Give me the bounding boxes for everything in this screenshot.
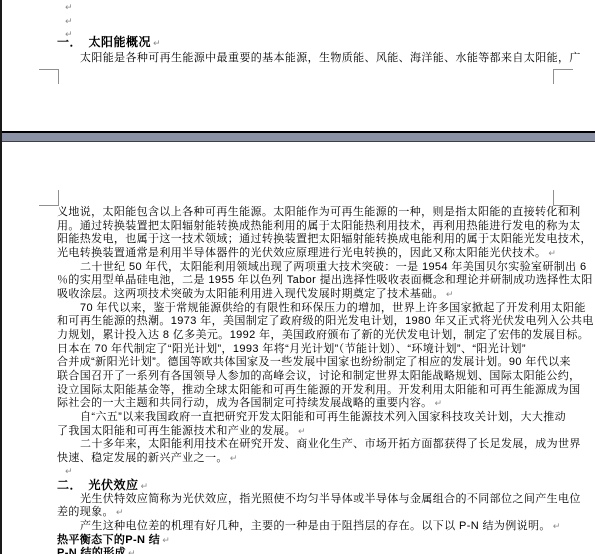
text-line: 差的现象。↵ (57, 506, 594, 520)
text-line-content: 合并成“新阳光计划”。德国等欧共体国家及一些发展中国家也纷纷制定了相应的发展计划… (57, 356, 571, 368)
empty-paragraph-line: ↵ (57, 15, 73, 29)
text-line: 热平衡态下的P-N 结↵ (57, 534, 594, 548)
paragraph-mark-icon: ↵ (65, 16, 73, 26)
text-line-content: 光电转换装置通常是利用半导体器件的光伏效应原理进行光电转换的，因此又称太阳能光伏… (57, 247, 546, 259)
page1-body-line: 太阳能是各种可再生能源中最重要的基本能源，生物质能、风能、海洋能、水能等都来自太… (57, 52, 581, 66)
text-line-content: 义地说，太阳能包含以上各种可再生能源。太阳能作为可再生能源的一种，则是指太阳能的… (57, 206, 580, 218)
text-line-content: 二． 光伏效应 (57, 478, 139, 492)
text-line: 用。通过转换装置把太阳辐射能转换成热能利用的属于太阳能热利用技术，再利用热能进行… (57, 220, 594, 234)
text-line-content: 70 年代以来，鉴于常规能源供给的有限性和环保压力的增加，世界上许多国家掀起了开… (80, 302, 586, 314)
text-line: ％的实用型单晶硅电池，二是 1955 年以色列 Tabor 提出选择性吸收表面概… (57, 274, 594, 288)
margin-corner-mark-bottom-right (553, 69, 573, 84)
text-line: 力规划，累计投入达 8 亿多美元。1992 年，美国政府颁布了新的光伏发电计划，… (57, 329, 594, 343)
text-line: 了我国太阳能和可再生能源技术和产业的发展。↵ (57, 425, 594, 439)
text-line: 义地说，太阳能包含以上各种可再生能源。太阳能作为可再生能源的一种，则是指太阳能的… (57, 206, 594, 220)
text-line: 联合国召开了一系列有各国领导人参加的高峰会议，讨论和制定世界太阳能战略规划、国际… (57, 370, 594, 384)
margin-corner-mark-top-left (39, 190, 59, 206)
paragraph-mark-icon: ↵ (65, 466, 73, 476)
word-print-layout-view: ↵ ↵ ↵ 一． 太阳能概况↵ 太阳能是各种可再生能源中最重要的基本能源，生物质… (0, 0, 595, 554)
text-line: 阳能热发电，也属于这一技术领域；通过转换装置把太阳辐射能转换成电能利用的属于太阳… (57, 233, 594, 247)
heading-1-text: 一． 太阳能概况 (57, 35, 151, 49)
text-line: 快速、稳定发展的新兴产业之一。↵ (57, 452, 594, 466)
text-line: 光生伏特效应简称为光伏效应，指光照使不均匀半导体或半导体与金属组合的不同部位之间… (57, 493, 594, 507)
text-line-content: P-N 结的形成 (57, 547, 126, 554)
text-line-content: 吸收涂层。这两项技术突破为太阳能利用进入现代发展时期奠定了技术基础。 (57, 288, 444, 300)
paragraph-mark-icon: ↵ (548, 248, 556, 258)
margin-corner-mark-top-right (553, 190, 573, 206)
text-line-content: 用。通过转换装置把太阳辐射能转换成热能利用的属于太阳能热利用技术，再利用热能进行… (57, 220, 580, 232)
text-line-content: 快速、稳定发展的新兴产业之一。 (57, 452, 228, 464)
paragraph-mark-icon: ↵ (116, 507, 124, 517)
text-line: 产生这种电位差的机理有好几种，主要的一种是由于阻挡层的存在。以下以 P-N 结为… (57, 520, 594, 534)
paragraph-mark-icon: ↵ (298, 426, 306, 436)
text-line-content: 二十世纪 50 年代，太阳能利用领域出现了两项重大技术突破：一是 1954 年美… (80, 261, 586, 273)
text-line-content: 热平衡态下的P-N 结 (57, 534, 160, 546)
text-line-content: 差的现象。 (57, 506, 114, 518)
body-line-text: 太阳能是各种可再生能源中最重要的基本能源，生物质能、风能、海洋能、水能等都来自太… (80, 52, 581, 64)
text-line: 吸收涂层。这两项技术突破为太阳能利用进入现代发展时期奠定了技术基础。↵ (57, 288, 594, 302)
paragraph-mark-icon: ↵ (435, 398, 443, 408)
paragraph-mark-icon: ↵ (230, 453, 238, 463)
text-line-content: 二十多年来，太阳能利用技术在研究开发、商业化生产、市场开拓方面都获得了长足发展，… (80, 438, 581, 450)
margin-corner-mark-bottom-left (39, 69, 59, 84)
text-line: 合并成“新阳光计划”。德国等欧共体国家及一些发展中国家也纷纷制定了相应的发展计划… (57, 356, 594, 370)
text-line-content: 和可再生能源的热潮。1973 年，美国制定了政府级的阳光发电计划，1980 年又… (57, 315, 594, 327)
text-line: 70 年代以来，鉴于常规能源供给的有限性和环保压力的增加，世界上许多国家掀起了开… (57, 302, 594, 316)
text-line: 二十多年来，太阳能利用技术在研究开发、商业化生产、市场开拓方面都获得了长足发展，… (57, 438, 594, 452)
text-line-content: ％的实用型单晶硅电池，二是 1955 年以色列 Tabor 提出选择性吸收表面概… (57, 274, 593, 286)
text-line: 际社会的一大主题和共同行动，成为各国制定可持续发展战略的重要内容。↵ (57, 397, 594, 411)
text-line: 光电转换装置通常是利用半导体器件的光伏效应原理进行光电转换的，因此又称太阳能光伏… (57, 247, 594, 261)
page2-text: 义地说，太阳能包含以上各种可再生能源。太阳能作为可再生能源的一种，则是指太阳能的… (57, 206, 594, 554)
page-separator-band (2, 131, 595, 142)
section-heading: 二． 光伏效应↵ (57, 479, 594, 493)
paragraph-mark-icon: ↵ (141, 481, 149, 491)
text-line: P-N 结的形成↵ (57, 547, 594, 554)
text-line: 自“六五”以来我国政府一直把研究开发太阳能和可再生能源技术列入国家科技攻关计划，… (57, 411, 594, 425)
text-line-content: 日本在 70 年代制定了“阳光计划”，1993 年将“月光计划”（节能计划）、“… (57, 343, 526, 355)
section-heading-1: 一． 太阳能概况↵ (57, 36, 161, 50)
paragraph-mark-icon: ↵ (65, 2, 73, 12)
paragraph-mark-icon: ↵ (162, 535, 170, 545)
paragraph-mark-icon: ↵ (446, 289, 454, 299)
document-page-1[interactable]: ↵ ↵ ↵ 一． 太阳能概况↵ 太阳能是各种可再生能源中最重要的基本能源，生物质… (2, 0, 595, 131)
text-line-content: 力规划，累计投入达 8 亿多美元。1992 年，美国政府颁布了新的光伏发电计划，… (57, 329, 589, 341)
text-line: 二十世纪 50 年代，太阳能利用领域出现了两项重大技术突破：一是 1954 年美… (57, 261, 594, 275)
paragraph-mark-icon: ↵ (153, 38, 161, 48)
text-line: 设立国际太阳能基金等，推动全球太阳能和可再生能源的开发利用。开发利用太阳能和可再… (57, 384, 594, 398)
text-line: 和可再生能源的热潮。1973 年，美国制定了政府级的阳光发电计划，1980 年又… (57, 315, 594, 329)
paragraph-mark-icon: ↵ (553, 521, 561, 531)
text-line-content: 际社会的一大主题和共同行动，成为各国制定可持续发展战略的重要内容。 (57, 397, 433, 409)
text-line-content: 自“六五”以来我国政府一直把研究开发太阳能和可再生能源技术列入国家科技攻关计划，… (80, 411, 566, 423)
text-line-content: 光生伏特效应简称为光伏效应，指光照使不均匀半导体或半导体与金属组合的不同部位之间… (80, 493, 581, 505)
text-line-content: 设立国际太阳能基金等，推动全球太阳能和可再生能源的开发利用。开发利用太阳能和可再… (57, 384, 580, 396)
text-line-content: 阳能热发电，也属于这一技术领域；通过转换装置把太阳辐射能转换成电能利用的属于太阳… (57, 233, 592, 245)
text-line-content: 了我国太阳能和可再生能源技术和产业的发展。 (57, 425, 296, 437)
empty-paragraph-line: ↵ (57, 1, 73, 15)
text-line: 日本在 70 年代制定了“阳光计划”，1993 年将“月光计划”（节能计划）、“… (57, 343, 594, 357)
paragraph-mark-icon: ↵ (128, 548, 136, 554)
text-line-content: 产生这种电位差的机理有好几种，主要的一种是由于阻挡层的存在。以下以 P-N 结为… (80, 520, 551, 532)
text-line-content: 联合国召开了一系列有各国领导人参加的高峰会议，讨论和制定世界太阳能战略规划、国际… (57, 370, 580, 382)
document-page-2[interactable]: 义地说，太阳能包含以上各种可再生能源。太阳能作为可再生能源的一种，则是指太阳能的… (2, 142, 595, 554)
